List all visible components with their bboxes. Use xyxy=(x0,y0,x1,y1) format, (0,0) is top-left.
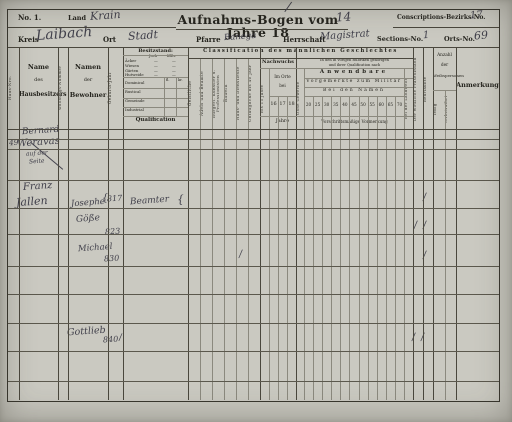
grid-line xyxy=(123,116,188,117)
bewohner-header-line1: Namen xyxy=(68,64,108,71)
grid-line xyxy=(8,323,499,324)
grid-line xyxy=(8,180,499,181)
ort-value-handwriting: Stadt xyxy=(128,29,159,42)
grid-line xyxy=(395,96,396,400)
tax-row-label: Gemeinde xyxy=(125,99,144,103)
scanned-census-form-page: { "header": { "no": "No. 1.", "land_labe… xyxy=(0,0,512,422)
hausbesitzer-header-line2: des xyxy=(19,78,58,83)
qualification-label: Qualification xyxy=(123,118,188,124)
tick-mark: / xyxy=(239,250,243,260)
grid-line xyxy=(287,96,288,400)
weiber-verheirathet-column: verheirathet xyxy=(445,90,457,129)
weiber-title-line1: Anzahl xyxy=(433,54,456,59)
hausbesitzer-header-line3: Hausbesitzers xyxy=(19,92,58,98)
age-cell: 35 xyxy=(331,103,340,107)
bewohner-header-line2: der xyxy=(68,78,108,83)
age-cell: 20 xyxy=(304,103,313,107)
grid-line xyxy=(123,47,124,400)
age-cell: 55 xyxy=(368,103,377,107)
hausbesitzer-header-line1: Name xyxy=(19,64,58,71)
grid-line xyxy=(8,266,499,267)
grid-line xyxy=(331,96,332,400)
grid-line xyxy=(164,78,165,116)
entry-inhabitant-name: Gottlieb xyxy=(67,326,106,338)
entry-owner-surname: Jallen xyxy=(16,195,48,208)
entry-birth-year: 817 xyxy=(107,194,123,203)
grid-line xyxy=(8,47,499,48)
nachwuchs-age: 16 xyxy=(269,102,278,107)
grid-line xyxy=(260,116,413,117)
grid-line xyxy=(359,96,360,400)
grid-line xyxy=(123,55,188,56)
grid-line xyxy=(8,208,499,209)
aufnahms-bogen-form: No. 1. Land Krain Aufnahms-Bogen vom Jah… xyxy=(7,9,500,402)
tax-col-kr: kr. xyxy=(178,79,183,83)
entry-birth-year: 840 xyxy=(103,335,119,344)
pfarre-label: Pfarre xyxy=(196,36,221,43)
tick-mark: / xyxy=(414,221,418,231)
grid-line xyxy=(248,58,249,400)
pfarre-value-handwriting: Banega xyxy=(224,32,257,43)
grid-line xyxy=(108,47,109,400)
form-number: No. 1. xyxy=(18,14,41,21)
grid-line xyxy=(377,96,378,400)
grid-line xyxy=(188,58,413,59)
grid-line xyxy=(456,47,457,400)
grid-line xyxy=(19,47,20,400)
tax-row-label: Dominical xyxy=(125,81,144,85)
age-cell: 25 xyxy=(313,103,322,107)
grid-line xyxy=(296,47,297,400)
bewohner-header-line3: Bewohner xyxy=(68,92,108,99)
sections-label: Sections-No. xyxy=(377,36,423,43)
grid-line xyxy=(368,96,369,400)
brace-mark: { xyxy=(177,194,185,205)
anwendbare-top-line2: und ihrer Qualification nach xyxy=(296,64,413,68)
grid-line xyxy=(423,47,424,400)
weiber-title-line3: Weibspersonen xyxy=(433,74,456,78)
grid-line xyxy=(123,98,188,99)
age-cell: 30 xyxy=(322,103,331,107)
haus-no-column-header: Haus-Nro. xyxy=(8,47,19,129)
weiber-ledig-column: ledig xyxy=(433,90,445,129)
age-cell: 60 xyxy=(377,103,386,107)
age-cell: 65 xyxy=(386,103,395,107)
sections-value-handwriting: 1 xyxy=(423,31,430,41)
entry-note-line2: Seite xyxy=(29,158,45,165)
grid-line xyxy=(386,96,387,400)
grid-line xyxy=(8,294,499,295)
age-cell: 50 xyxy=(359,103,368,107)
grid-line xyxy=(200,58,201,400)
grid-line xyxy=(433,90,456,91)
grid-line xyxy=(304,78,413,79)
grid-line xyxy=(445,90,446,400)
orts-label: Orts-No. xyxy=(444,36,475,43)
grid-line xyxy=(269,96,296,97)
grid-line xyxy=(304,87,413,88)
entry-owner-firstname: Franz xyxy=(23,181,53,193)
age-cell: 40 xyxy=(340,103,349,107)
bei-den-namen-label: Bei den Namen xyxy=(304,89,404,94)
grid-line xyxy=(304,96,404,97)
grid-line xyxy=(393,27,499,28)
grid-line xyxy=(68,47,69,400)
grid-line xyxy=(260,47,261,400)
grid-line xyxy=(58,47,59,400)
grid-line xyxy=(8,129,499,130)
entry-inhabitant-name: Göße xyxy=(76,214,101,225)
tax-row-label: Rustical xyxy=(125,90,141,94)
grid-line xyxy=(322,96,323,400)
tax-row-label: Industrial xyxy=(125,108,144,112)
nachwuchs-age: 17 xyxy=(278,102,287,107)
grid-line xyxy=(413,47,414,400)
age-cell: 70 xyxy=(395,103,404,107)
grid-line xyxy=(8,149,499,150)
nachwuchs-title: Nachwuchs xyxy=(260,60,296,65)
grid-line xyxy=(340,96,341,400)
age-cell: 45 xyxy=(350,103,359,107)
orts-value-handwriting: 69 xyxy=(474,30,489,42)
land-label: Land xyxy=(68,15,86,22)
grid-line xyxy=(212,58,213,400)
grid-line xyxy=(8,27,176,28)
grid-line xyxy=(260,68,413,69)
herrschaft-value-handwriting: Magistrat xyxy=(320,29,370,42)
grid-line xyxy=(433,47,434,400)
nachwuchs-sub1: Im Orte xyxy=(269,75,296,79)
grid-line xyxy=(123,77,188,78)
grid-line xyxy=(236,58,237,400)
tax-col-fl: fl. xyxy=(166,79,170,83)
grid-line xyxy=(224,58,225,400)
grid-line xyxy=(8,381,499,382)
year-handwriting: 14 xyxy=(336,10,352,23)
grid-line xyxy=(8,234,499,235)
tally-stroke: ∕ xyxy=(119,334,123,343)
grid-line xyxy=(8,351,499,352)
grid-line xyxy=(123,88,188,89)
grid-line xyxy=(313,96,314,400)
land-value-handwriting: Krain xyxy=(90,9,121,22)
grid-line xyxy=(8,139,499,140)
anmerkung-header: Anmerkung xyxy=(456,82,499,89)
anwendbare-label: Anwendbare xyxy=(304,70,404,76)
grid-line xyxy=(349,96,350,400)
ort-label: Ort xyxy=(103,36,116,43)
entry-birth-year: 830 xyxy=(104,254,120,263)
entry-qualification: Beamter xyxy=(130,196,170,208)
grid-line xyxy=(278,96,279,400)
nachwuchs-left-column: Bis 15 Jahre xyxy=(260,68,269,129)
grid-line xyxy=(176,29,348,30)
vorgemerkte-label: Vorgemerkte zum Militär xyxy=(304,80,404,85)
wohnungs-nummer-column-header: Wohnungs-Nummer xyxy=(58,47,68,129)
geburts-jahr-column-header: Geburts-Jahr xyxy=(108,47,123,129)
bezirk-value-handwriting: 17 xyxy=(470,11,483,22)
weiber-title-line2: der xyxy=(433,64,456,69)
nachwuchs-footer-jahre: Jahre xyxy=(269,119,296,124)
grid-line xyxy=(188,47,189,400)
grid-line xyxy=(123,107,188,108)
grid-line xyxy=(176,78,177,116)
classification-title: Classification des männlichen Geschlecht… xyxy=(188,49,413,54)
beurlaubte-column: Beurlaubte xyxy=(423,50,433,129)
nachwuchs-sub2: bei xyxy=(269,84,296,88)
